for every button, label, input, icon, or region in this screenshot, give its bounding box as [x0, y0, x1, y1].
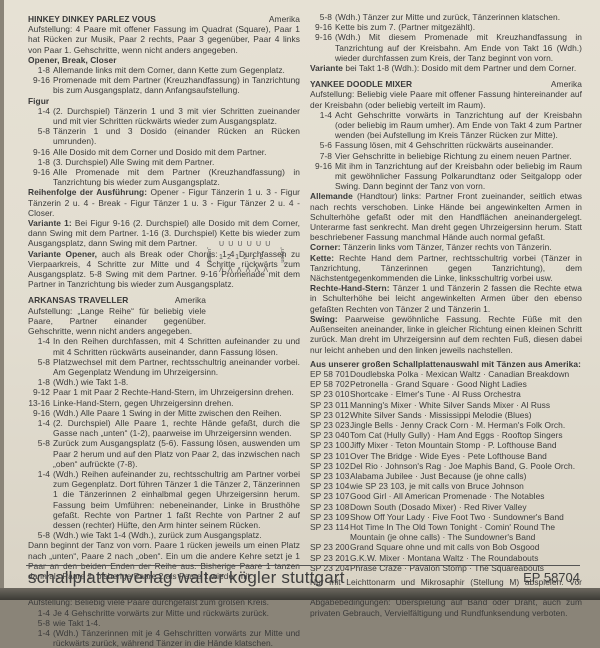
step-text: (Wdh.) Tänzer zur Mitte und zurück, Tänz…: [335, 12, 582, 22]
bar-range: 1-4: [28, 418, 53, 438]
step-row: 9-16Kette bis zum 7. (Partner mitgezählt…: [310, 22, 582, 32]
bar-range: 9-16: [28, 167, 53, 187]
dance-origin: Amerika: [551, 79, 582, 89]
step-row: 1-4(2. Durchspiel) Alle Paare 1, rechte …: [28, 418, 300, 438]
bar-range: 1-8: [28, 377, 53, 387]
diagram-label-top: „oben“: [207, 247, 213, 263]
bar-range: 9-16: [28, 408, 53, 418]
bar-range: 5-8: [28, 530, 53, 540]
setup-text: Aufstellung: 4 Paare mit offener Fassung…: [28, 24, 300, 55]
catalog-item: EP 58 702Petronella · Grand Square · Goo…: [310, 379, 582, 389]
glossary-entry: Kette: Rechte Hand dem Partner, rechtssc…: [310, 253, 582, 284]
catalog-item: SP 23 012White Silver Sands · Mississipp…: [310, 410, 582, 420]
step-text: (Wdh.) wie Takt 1-8.: [53, 377, 300, 387]
step-text: Alle Dosido mit dem Corner und Dosido mi…: [53, 147, 300, 157]
step-row: 9-16Alle Dosido mit dem Corner und Dosid…: [28, 147, 300, 157]
bar-range: 7-8: [310, 151, 335, 161]
step-text: Alle Promenade mit dem Partner (Kreuzhan…: [53, 167, 300, 187]
bar-range: 9-12: [28, 387, 53, 397]
step-row: 9-16(Wdh.) Alle Paare 1 Swing in der Mit…: [28, 408, 300, 418]
step-text: Promenade mit dem Partner (Kreuzhandfass…: [53, 75, 300, 95]
glossary-entry: Rechte-Hand-Stern: Tänzer 1 und Tänzerin…: [310, 283, 582, 314]
bar-range: 9-16: [310, 32, 335, 63]
catalog-item: SP 23 200Grand Square ohne und mit calls…: [310, 542, 582, 552]
record-sleeve-back: HINKEY DINKEY PARLEZ VOUS Amerika Aufste…: [4, 0, 600, 588]
catalog-number: EP 58704: [523, 570, 580, 585]
step-text: (2. Durchspiel) Alle Paare 1, rechte Hän…: [53, 418, 300, 438]
step-text: Paar 1 mit Paar 2 Rechte-Hand-Stern, im …: [53, 387, 300, 397]
catalog-item: SP 23 103Alabama Jubilee · Just Because …: [310, 471, 582, 481]
step-text: (Wdh.) wie Takt 1-4 (Wdh.), zurück zum A…: [53, 530, 300, 540]
catalog-item: SP 23 023Jingle Bells · Jenny Crack Corn…: [310, 420, 582, 430]
step-row: 5-8(Wdh.) Tänzer zur Mitte und zurück, T…: [310, 12, 582, 22]
step-row: 7-8Vier Gehschritte in beliebige Richtun…: [310, 151, 582, 161]
catalog-item: SP 23 101Over The Bridge · Wide Eyes · P…: [310, 451, 582, 461]
step-row: 1-8Allemande links mit dem Corner, dann …: [28, 65, 300, 75]
step-list: 1-4(2. Durchspiel) Tänzerin 1 und 3 mit …: [28, 106, 300, 188]
bar-range: 9-16: [310, 22, 335, 32]
formation-diagram: „oben“ UUUUUU 121212 ΛΛΛΛΛΛ „unten“: [207, 241, 287, 279]
dance-title: YANKEE DOODLE MIXER: [310, 79, 412, 89]
dance-heading-hinkey: HINKEY DINKEY PARLEZ VOUS Amerika: [28, 14, 300, 24]
step-row: 1-4Acht Gehschritte vorwärts in Tanzrich…: [310, 110, 582, 141]
step-text: In den Reihen durchfassen, mit 4 Schritt…: [53, 336, 300, 356]
step-text: Mit ihm in Tanzrichtung auf der Kreisbah…: [335, 161, 582, 192]
step-text: Fassung lösen, mit 4 Gehschritten rückwä…: [335, 140, 582, 150]
step-row: 9-16Promenade mit dem Partner (Kreuzhand…: [28, 75, 300, 95]
step-row: 5-6Fassung lösen, mit 4 Gehschritten rüc…: [310, 140, 582, 150]
catalog-item: EP 58 701Doudlebska Polka · Mexican Walt…: [310, 369, 582, 379]
step-text: Zurück zum Ausgangsplatz (5-6). Fassung …: [53, 438, 300, 469]
bar-range: 1-4: [28, 336, 53, 356]
catalog-item: SP 23 201G.K.W. Mixer · Montana Waltz · …: [310, 553, 582, 563]
left-column: HINKEY DINKEY PARLEZ VOUS Amerika Aufste…: [28, 12, 300, 600]
catalog-item: SP 23 108Down South (Dosado Mixer) · Red…: [310, 502, 582, 512]
step-row: 5-8(Wdh.) wie Takt 1-4 (Wdh.), zurück zu…: [28, 530, 300, 540]
right-column: 5-8(Wdh.) Tänzer zur Mitte und zurück, T…: [310, 12, 582, 600]
step-text: (Wdh.) Mit diesem Promenade mit Kreuzhan…: [335, 32, 582, 63]
sleeve-shadow: [0, 588, 600, 600]
step-row: 1-4(Wdh.) Reihen aufeinander zu, rechtss…: [28, 469, 300, 530]
order-note: Reihenfolge der Ausführung: Opener - Fig…: [28, 187, 300, 218]
catalog-item: SP 23 040Tom Cat (Hully Gully) · Ham And…: [310, 430, 582, 440]
step-text: Tänzerin 1 und 3 Dosido (einander Rücken…: [53, 126, 300, 146]
step-text: Kette bis zum 7. (Partner mitgezählt).: [335, 22, 582, 32]
catalog-item: SP 23 010Shortcake · Elmer's Tune · Al R…: [310, 389, 582, 399]
glossary-entry: Allemande (Handtour) links: Partner Fron…: [310, 191, 582, 242]
step-text: Acht Gehschritte vorwärts in Tanzrichtun…: [335, 110, 582, 141]
bar-range: 5-8: [310, 12, 335, 22]
step-text: (2. Durchspiel) Tänzerin 1 und 3 mit vie…: [53, 106, 300, 126]
step-row: 1-8(3. Durchspiel) Alle Swing mit dem Pa…: [28, 157, 300, 167]
step-text: (Wdh.) Reihen aufeinander zu, rechtsschu…: [53, 469, 300, 530]
bar-range: 1-4: [310, 110, 335, 141]
step-text: Platzwechsel mit dem Partner, rechtsschu…: [53, 357, 300, 377]
bar-range: 5-8: [28, 438, 53, 469]
bar-range: 9-16: [28, 147, 53, 157]
bar-range: 1-4: [28, 469, 53, 530]
catalog-item: SP 23 104wie SP 23 103, je mit calls von…: [310, 481, 582, 491]
bar-range: 1-8: [28, 157, 53, 167]
dance-heading-yankee: YANKEE DOODLE MIXER Amerika: [310, 79, 582, 89]
bar-range: 13-16: [28, 398, 53, 408]
step-row: 5-8Platzwechsel mit dem Partner, rechtss…: [28, 357, 300, 377]
step-row: 1-8(Wdh.) wie Takt 1-8.: [28, 377, 300, 387]
catalog-list: EP 58 701Doudlebska Polka · Mexican Walt…: [310, 369, 582, 573]
footer-divider: [26, 565, 580, 566]
step-row: 9-16(Wdh.) Mit diesem Promenade mit Kreu…: [310, 32, 582, 63]
glossary-entry: Swing: Paarweise gewöhnliche Fassung. Re…: [310, 314, 582, 355]
bar-range: 5-6: [310, 140, 335, 150]
publisher-name: schallplattenverlag walter kögler stuttg…: [28, 568, 345, 588]
step-row: 13-16Linke-Hand-Stern, gegen Uhrzeigersi…: [28, 398, 300, 408]
step-row: 1-4In den Reihen durchfassen, mit 4 Schr…: [28, 336, 300, 356]
glossary-entry: Corner: Tänzerin links vom Tänzer, Tänze…: [310, 242, 582, 252]
catalog-item: SP 23 109Show Off Your Lady · Five Foot …: [310, 512, 582, 522]
step-text: (Wdh.) Alle Paare 1 Swing in der Mitte z…: [53, 408, 300, 418]
catalog-item: SP 23 100Jiffy Mixer · Teton Mountain St…: [310, 440, 582, 450]
catalog-item: SP 23 102Del Rio · Johnson's Rag · Joe M…: [310, 461, 582, 471]
dance-origin: Amerika: [269, 14, 300, 24]
bar-range: 1-4: [28, 106, 53, 126]
catalog-item: SP 23 107Good Girl · All American Promen…: [310, 491, 582, 501]
step-row: 9-16Alle Promenade mit dem Partner (Kreu…: [28, 167, 300, 187]
step-list: 1-4In den Reihen durchfassen, mit 4 Schr…: [28, 336, 300, 540]
step-row: 5-8Zurück zum Ausgangsplatz (5-6). Fassu…: [28, 438, 300, 469]
catalog-heading: Aus unserer großen Schallplattenauswahl …: [310, 359, 582, 369]
step-text: Linke-Hand-Stern, gegen Uhrzeigersinn dr…: [53, 398, 300, 408]
bar-range: 1-8: [28, 65, 53, 75]
step-row: 1-4(2. Durchspiel) Tänzerin 1 und 3 mit …: [28, 106, 300, 126]
diagram-label-bottom: „unten“: [279, 247, 285, 264]
setup-text: Aufstellung: Beliebig viele Paare mit of…: [310, 89, 582, 109]
bar-range: 5-8: [28, 126, 53, 146]
bar-range: 9-16: [28, 75, 53, 95]
setup-text: Aufstellung: „Lange Reihe“ für beliebig …: [28, 306, 206, 337]
step-list: 5-8(Wdh.) Tänzer zur Mitte und zurück, T…: [310, 12, 582, 63]
step-text: Allemande links mit dem Corner, dann Ket…: [53, 65, 300, 75]
section-heading: Opener, Break, Closer: [28, 55, 300, 65]
catalog-item: SP 23 114Hot Time In The Old Town Tonigh…: [310, 522, 582, 542]
step-list: 1-4Acht Gehschritte vorwärts in Tanzrich…: [310, 110, 582, 192]
step-text: Vier Gehschritte in beliebige Richtung z…: [335, 151, 582, 161]
variant-note: Variante bei Takt 1-8 (Wdh.): Dosido mit…: [310, 63, 582, 73]
dance-origin: Amerika: [175, 295, 206, 305]
step-row: 9-12Paar 1 mit Paar 2 Rechte-Hand-Stern,…: [28, 387, 300, 397]
step-list: 1-8Allemande links mit dem Corner, dann …: [28, 65, 300, 96]
section-heading: Figur: [28, 96, 300, 106]
dance-title: ARKANSAS TRAVELLER: [28, 295, 128, 305]
dance-heading-arkansas: ARKANSAS TRAVELLER Amerika: [28, 295, 206, 305]
catalog-item: SP 23 011Manning's Mixer · White Silver …: [310, 400, 582, 410]
glossary: Allemande (Handtour) links: Partner Fron…: [310, 191, 582, 354]
step-text: (3. Durchspiel) Alle Swing mit dem Partn…: [53, 157, 300, 167]
step-row: 5-8Tänzerin 1 und 3 Dosido (einander Rüc…: [28, 126, 300, 146]
step-row: 9-16Mit ihm in Tanzrichtung auf der Krei…: [310, 161, 582, 192]
bar-range: 5-8: [28, 357, 53, 377]
bar-range: 9-16: [310, 161, 335, 192]
dance-title: HINKEY DINKEY PARLEZ VOUS: [28, 14, 156, 24]
